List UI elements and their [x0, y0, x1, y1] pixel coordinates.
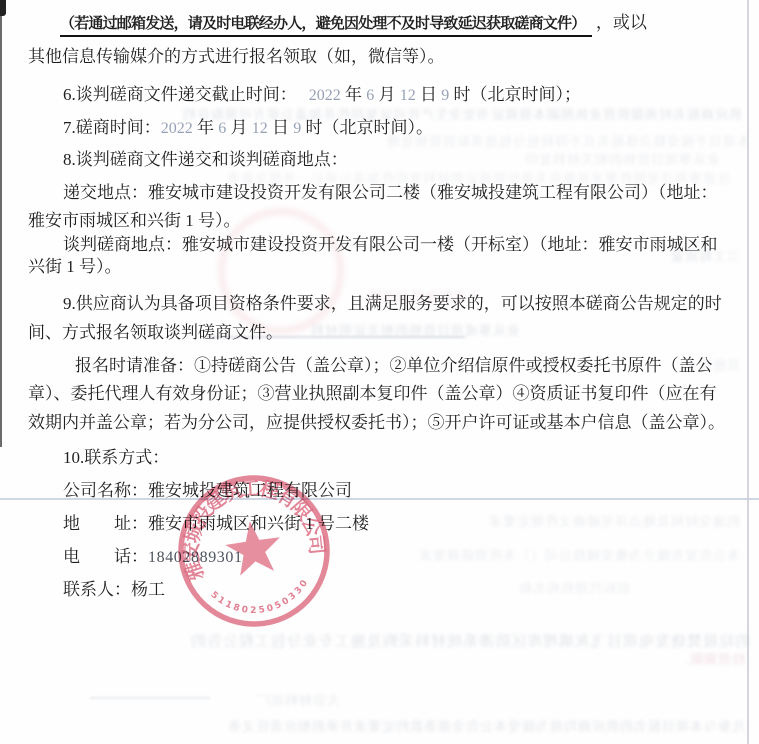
unit-month: 月	[374, 85, 400, 104]
item7-suffix: 时（北京时间）。	[301, 118, 433, 137]
talk-location-line-2: 兴街 1 号）。	[28, 258, 122, 277]
official-seal: 雅安城投建筑工程有限公司 5118025050330	[164, 460, 349, 645]
phone-label: 电 话：	[63, 547, 148, 566]
mail-notice-line-1: （若通过邮箱发送，请及时电联经办人，避免因处理不及时导致延迟获取磋商文件），或以	[60, 14, 647, 33]
deadline-year: 2022	[309, 87, 341, 104]
item6-deadline-line: 6.谈判磋商文件递交截止时间：2022 年 6 月 12 日 9 时（北京时间）…	[63, 86, 581, 105]
bleedthrough-text: 凡参与本项目报名的供应商均视为接受本公告全部条款约定要求并承担相应责任义务	[90, 716, 745, 735]
bleedthrough-text: 大宗材料出厂	[230, 690, 340, 709]
unit-day: 日	[416, 85, 442, 104]
bleedthrough-dashes	[90, 697, 210, 699]
item6-suffix: 时（北京时间）；	[449, 85, 581, 104]
contact-value: 杨工	[131, 580, 165, 599]
bleedthrough-text: 的递交时间及地点详见磋商文件规定要求	[330, 511, 740, 530]
address-label: 地 址：	[63, 514, 148, 533]
bleedthrough-text: 招标代理机构名称	[390, 578, 630, 597]
scan-right-edge-line	[747, 0, 749, 744]
mail-notice-line-2: 其他信息传输媒介的方式进行报名领取（如，微信等）。	[28, 48, 445, 67]
talk-location-line-1: 谈判磋商地点：雅安城市建设投资开发有限公司一楼（开标室）（地址：雅安市雨城区和	[63, 236, 718, 255]
unit-day: 日	[268, 118, 294, 137]
item9-line-2: 间、方式报名领取谈判磋商文件。	[28, 324, 283, 343]
contact-person-line: 联系人：杨工	[63, 581, 165, 600]
bleedthrough-text: 的垃圾焚烧发电项目飞灰填埋库区防渗系统材料采购及施工专业分包工程公告的	[35, 630, 750, 651]
item9-line-3: 报名时请准备：①持磋商公告（盖公章）；②单位介绍信原件或授权委托书原件（盖公	[75, 357, 713, 376]
mail-notice-bold-underlined: （若通过邮箱发送，请及时电联经办人，避免因处理不及时导致延迟获取磋商文件）	[60, 16, 592, 37]
submit-location-line-2: 雅安市雨城区和兴街 1 号）。	[28, 212, 241, 231]
submit-location-line-1: 递交地点：雅安城市建设投资开发有限公司二楼（雅安城投建筑工程有限公司）（地址：	[63, 184, 718, 203]
scan-corner-smudge	[0, 0, 6, 16]
meeting-year: 2022	[161, 120, 193, 137]
item10-heading: 10.联系方式：	[63, 449, 169, 468]
unit-month: 月	[226, 118, 252, 137]
contact-label: 联系人：	[63, 580, 131, 599]
item7-label: 7.磋商时间：	[63, 118, 161, 137]
seal-star	[222, 517, 284, 577]
bleedthrough-text: 经营期限.	[650, 649, 745, 668]
mail-notice-tail: ，或以	[596, 13, 647, 32]
item9-line-4: 章）、委托代理人有效身份证；③营业执照副本复印件（盖公章）④资质证书复印件（应在…	[28, 385, 717, 404]
deadline-day: 12	[400, 87, 416, 104]
item7-meeting-time-line: 7.磋商时间：2022 年 6 月 12 日 9 时（北京时间）。	[63, 119, 433, 138]
unit-year: 年	[193, 118, 219, 137]
item6-label: 6.谈判磋商文件递交截止时间：	[63, 85, 297, 104]
company-name-label: 公司名称：	[63, 481, 148, 500]
scanned-document-page: 供应商报名时须提供营业执照副本资质证书安全生产许可证复印件并加盖公章方可领取存档…	[0, 0, 759, 744]
bleedthrough-text: 业从事项目资格的相关材料复印	[340, 149, 720, 168]
scan-left-edge-artifact	[0, 0, 2, 447]
item8-heading: 8.谈判磋商文件递交和谈判磋商地点：	[63, 151, 348, 170]
meeting-day: 12	[252, 120, 268, 137]
item9-line-5: 效期内并盖公章；若为分公司，应提供授权委托书）；⑤开户许可证或基本户信息（盖公章…	[28, 414, 725, 433]
unit-year: 年	[341, 85, 367, 104]
item9-line-1: 9.供应商认为具备项目资格条件要求，且满足服务要求的，可以按照本磋商公告规定的时	[63, 295, 722, 314]
bleedthrough-text: 本公告发布媒介为雅安城投公司（）本所谓磋商要求	[330, 545, 740, 564]
